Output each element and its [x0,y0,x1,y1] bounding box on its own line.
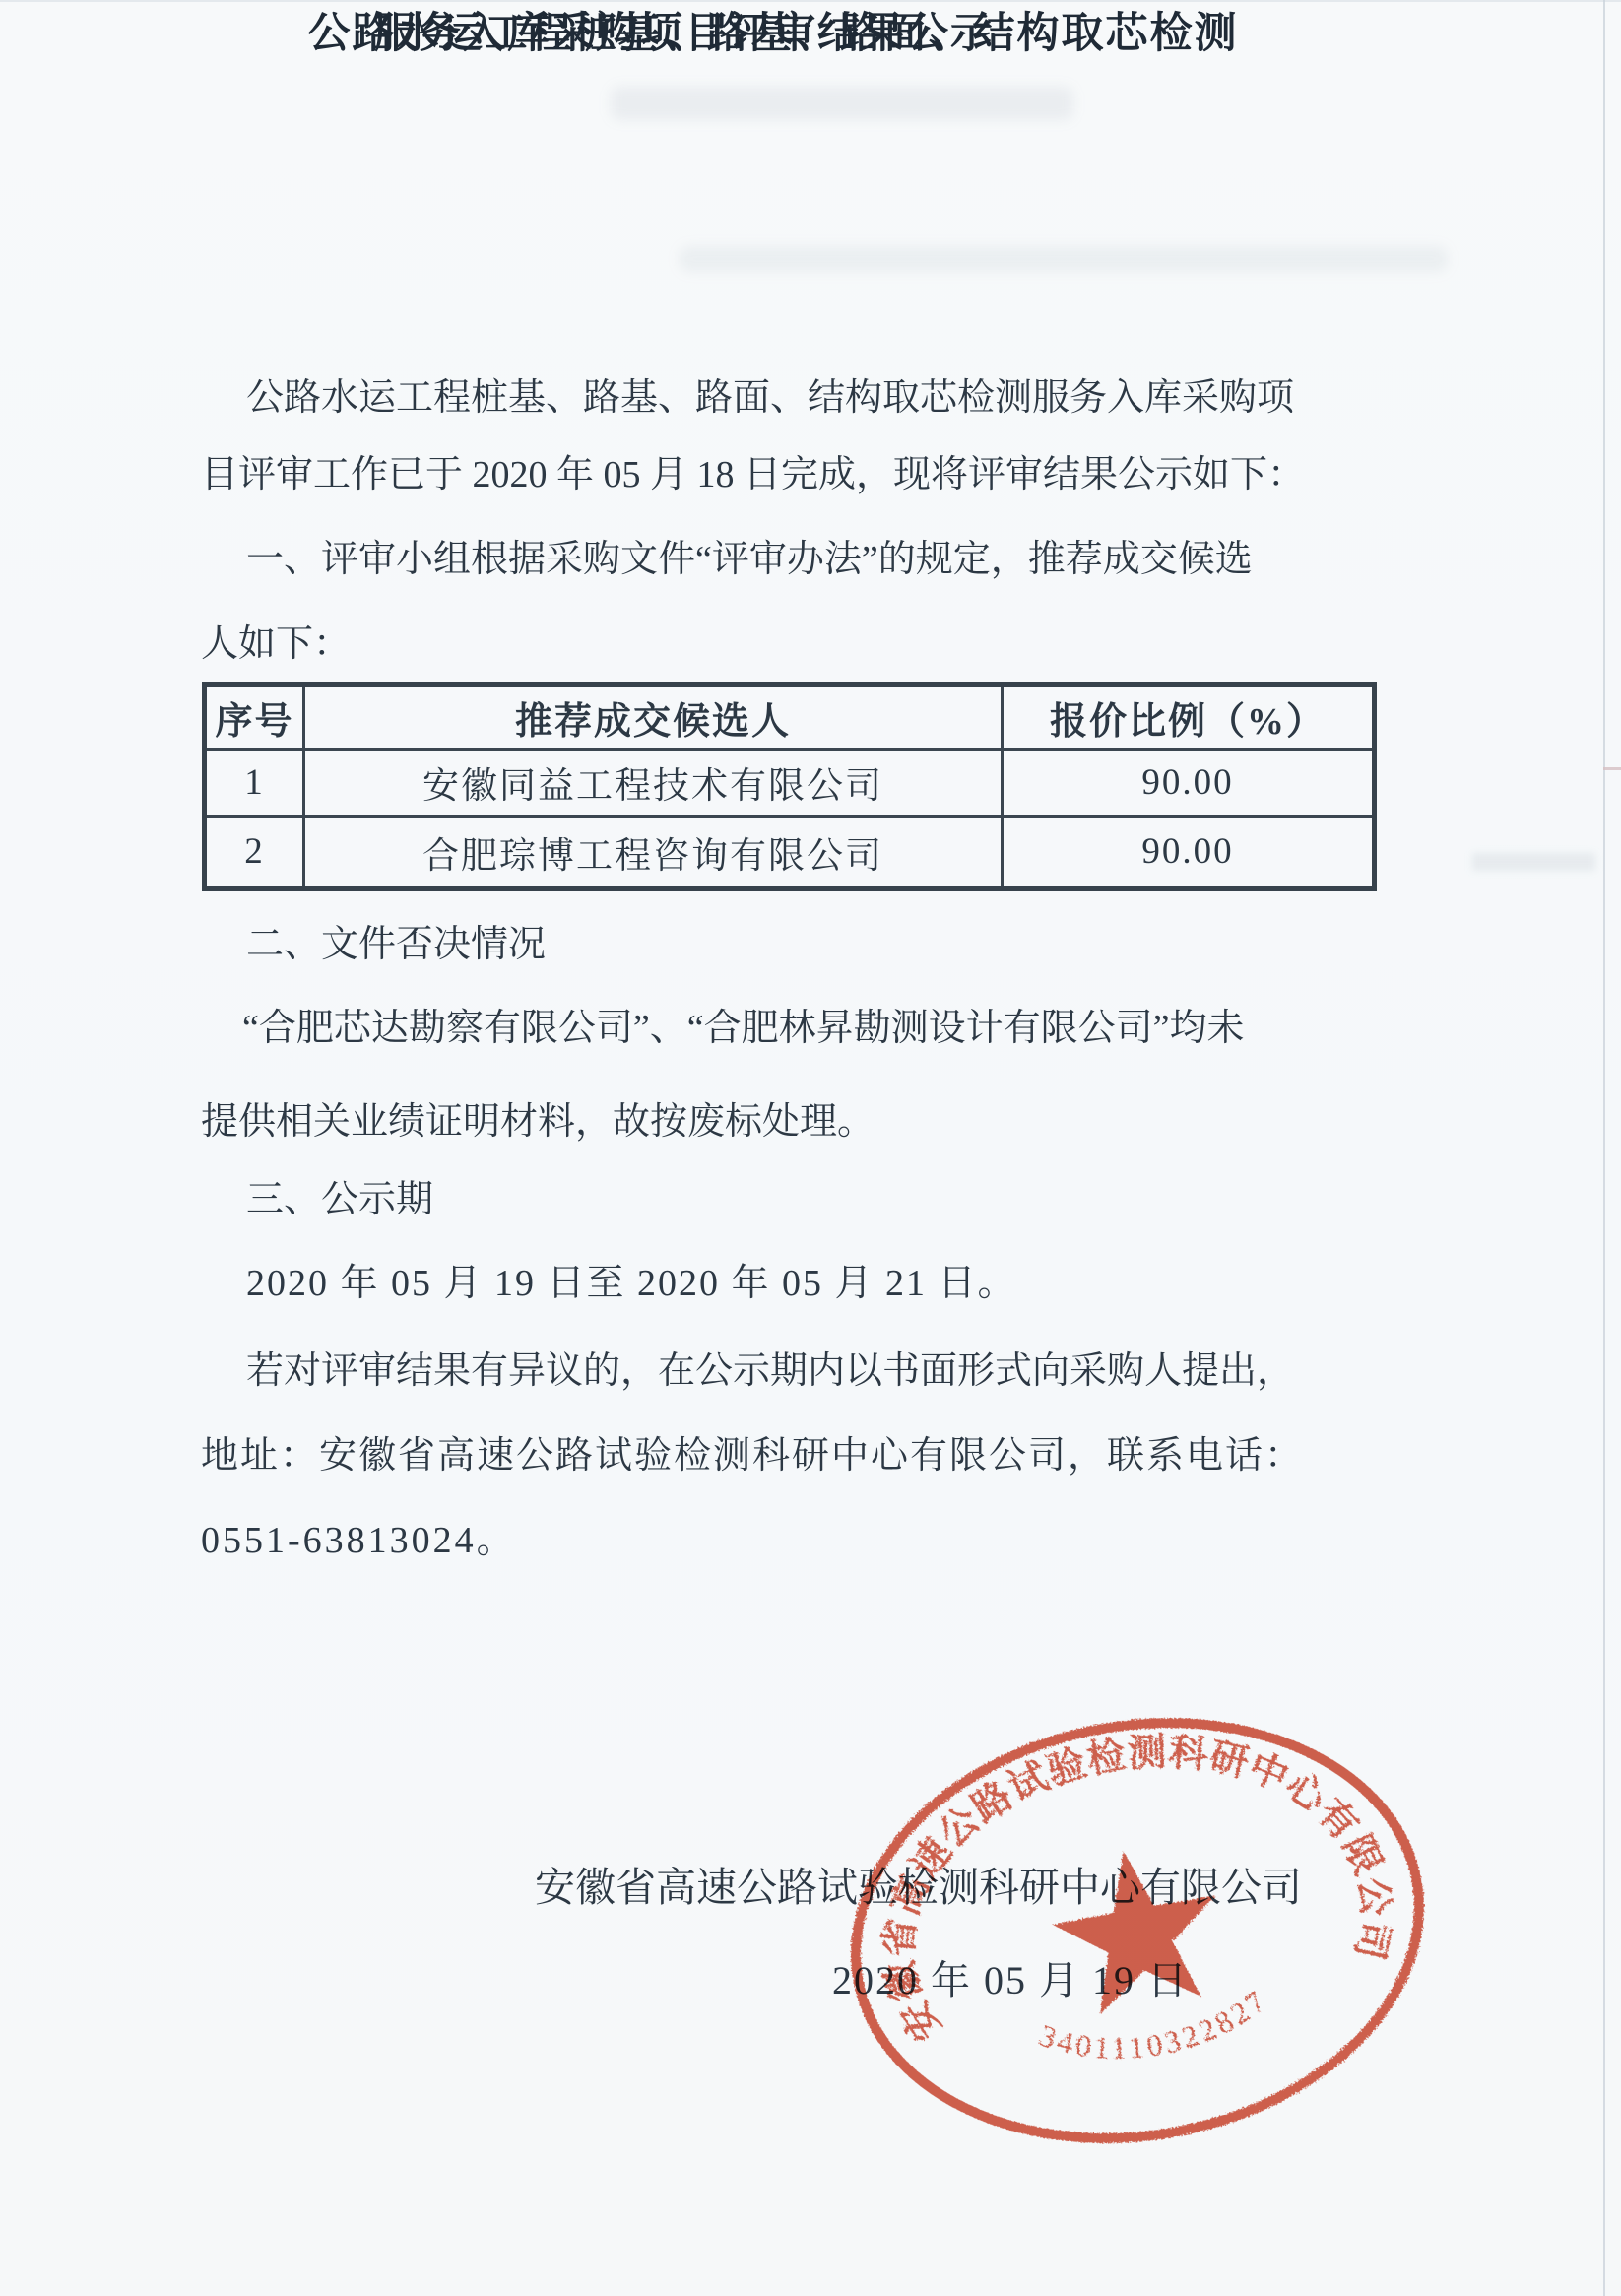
table-row: 2 合肥琮博工程咨询有限公司 90.00 [205,816,1375,888]
star-icon [1042,1837,1232,2020]
section2-heading: 二、文件否决情况 [246,924,546,967]
objection-line-1: 若对评审结果有异议的，在公示期内以书面形式向采购人提出， [246,1350,1294,1394]
header-serial-number: 序号 [205,685,304,750]
header-bid-ratio: 报价比例（%） [1003,685,1375,750]
document-page: 公路水运工程桩基、路基、路面、结构取芯检测 服务入库采购项目评审结果公示 公路水… [0,0,1621,2296]
section1-line-1: 一、评审小组根据采购文件“评审办法”的规定，推荐成交候选 [246,539,1253,582]
section2-line-2: 提供相关业绩证明材料，故按废标处理。 [201,1101,875,1145]
cell-candidate-name: 安徽同益工程技术有限公司 [304,750,1003,817]
cell-candidate-name: 合肥琮博工程咨询有限公司 [304,816,1003,888]
scan-smudge [611,87,1073,120]
scan-edge-horizontal-tick [1603,767,1621,770]
cell-bid-ratio: 90.00 [1003,750,1375,817]
intro-line-2: 目评审工作已于 2020 年 05 月 18 日完成，现将评审结果公示如下： [201,454,1305,497]
svg-text:3401110322827: 3401110322827 [1030,1979,1280,2083]
intro-line-1: 公路水运工程桩基、路基、路面、结构取芯检测服务入库采购项 [246,377,1294,421]
document-title-line-2: 服务入库采购项目评审结果公示 [0,0,1369,60]
section2-line-1: “合肥芯达勘察有限公司”、“合肥林昇勘测设计有限公司”均未 [242,1008,1244,1051]
scan-smudge [1472,853,1595,871]
section3-heading: 三、公示期 [246,1179,433,1222]
section1-line-2: 人如下： [201,623,351,667]
contact-phone: 0551-63813024。 [201,1520,517,1563]
scan-edge-vertical-line [1603,0,1605,2296]
table-header-row: 序号 推荐成交候选人 报价比例（%） [205,685,1375,750]
cell-serial-number: 1 [205,750,304,817]
seal-code-arc-text: 3401110322827 [1030,1979,1280,2083]
cell-bid-ratio: 90.00 [1003,816,1375,888]
header-recommended-candidate: 推荐成交候选人 [304,685,1003,750]
objection-line-2: 地址：安徽省高速公路试验检测科研中心有限公司，联系电话： [201,1435,1304,1478]
publicity-period: 2020 年 05 月 19 日至 2020 年 05 月 21 日。 [246,1263,1017,1306]
table-row: 1 安徽同益工程技术有限公司 90.00 [205,750,1375,817]
seal-svg: 安徽省高速公路试验检测科研中心有限公司 3401110322827 [842,1716,1433,2154]
official-seal-stamp: 安徽省高速公路试验检测科研中心有限公司 3401110322827 [842,1716,1433,2154]
cell-serial-number: 2 [205,816,304,888]
scan-smudge [680,246,1448,272]
candidates-table: 序号 推荐成交候选人 报价比例（%） 1 安徽同益工程技术有限公司 90.00 … [202,682,1377,891]
